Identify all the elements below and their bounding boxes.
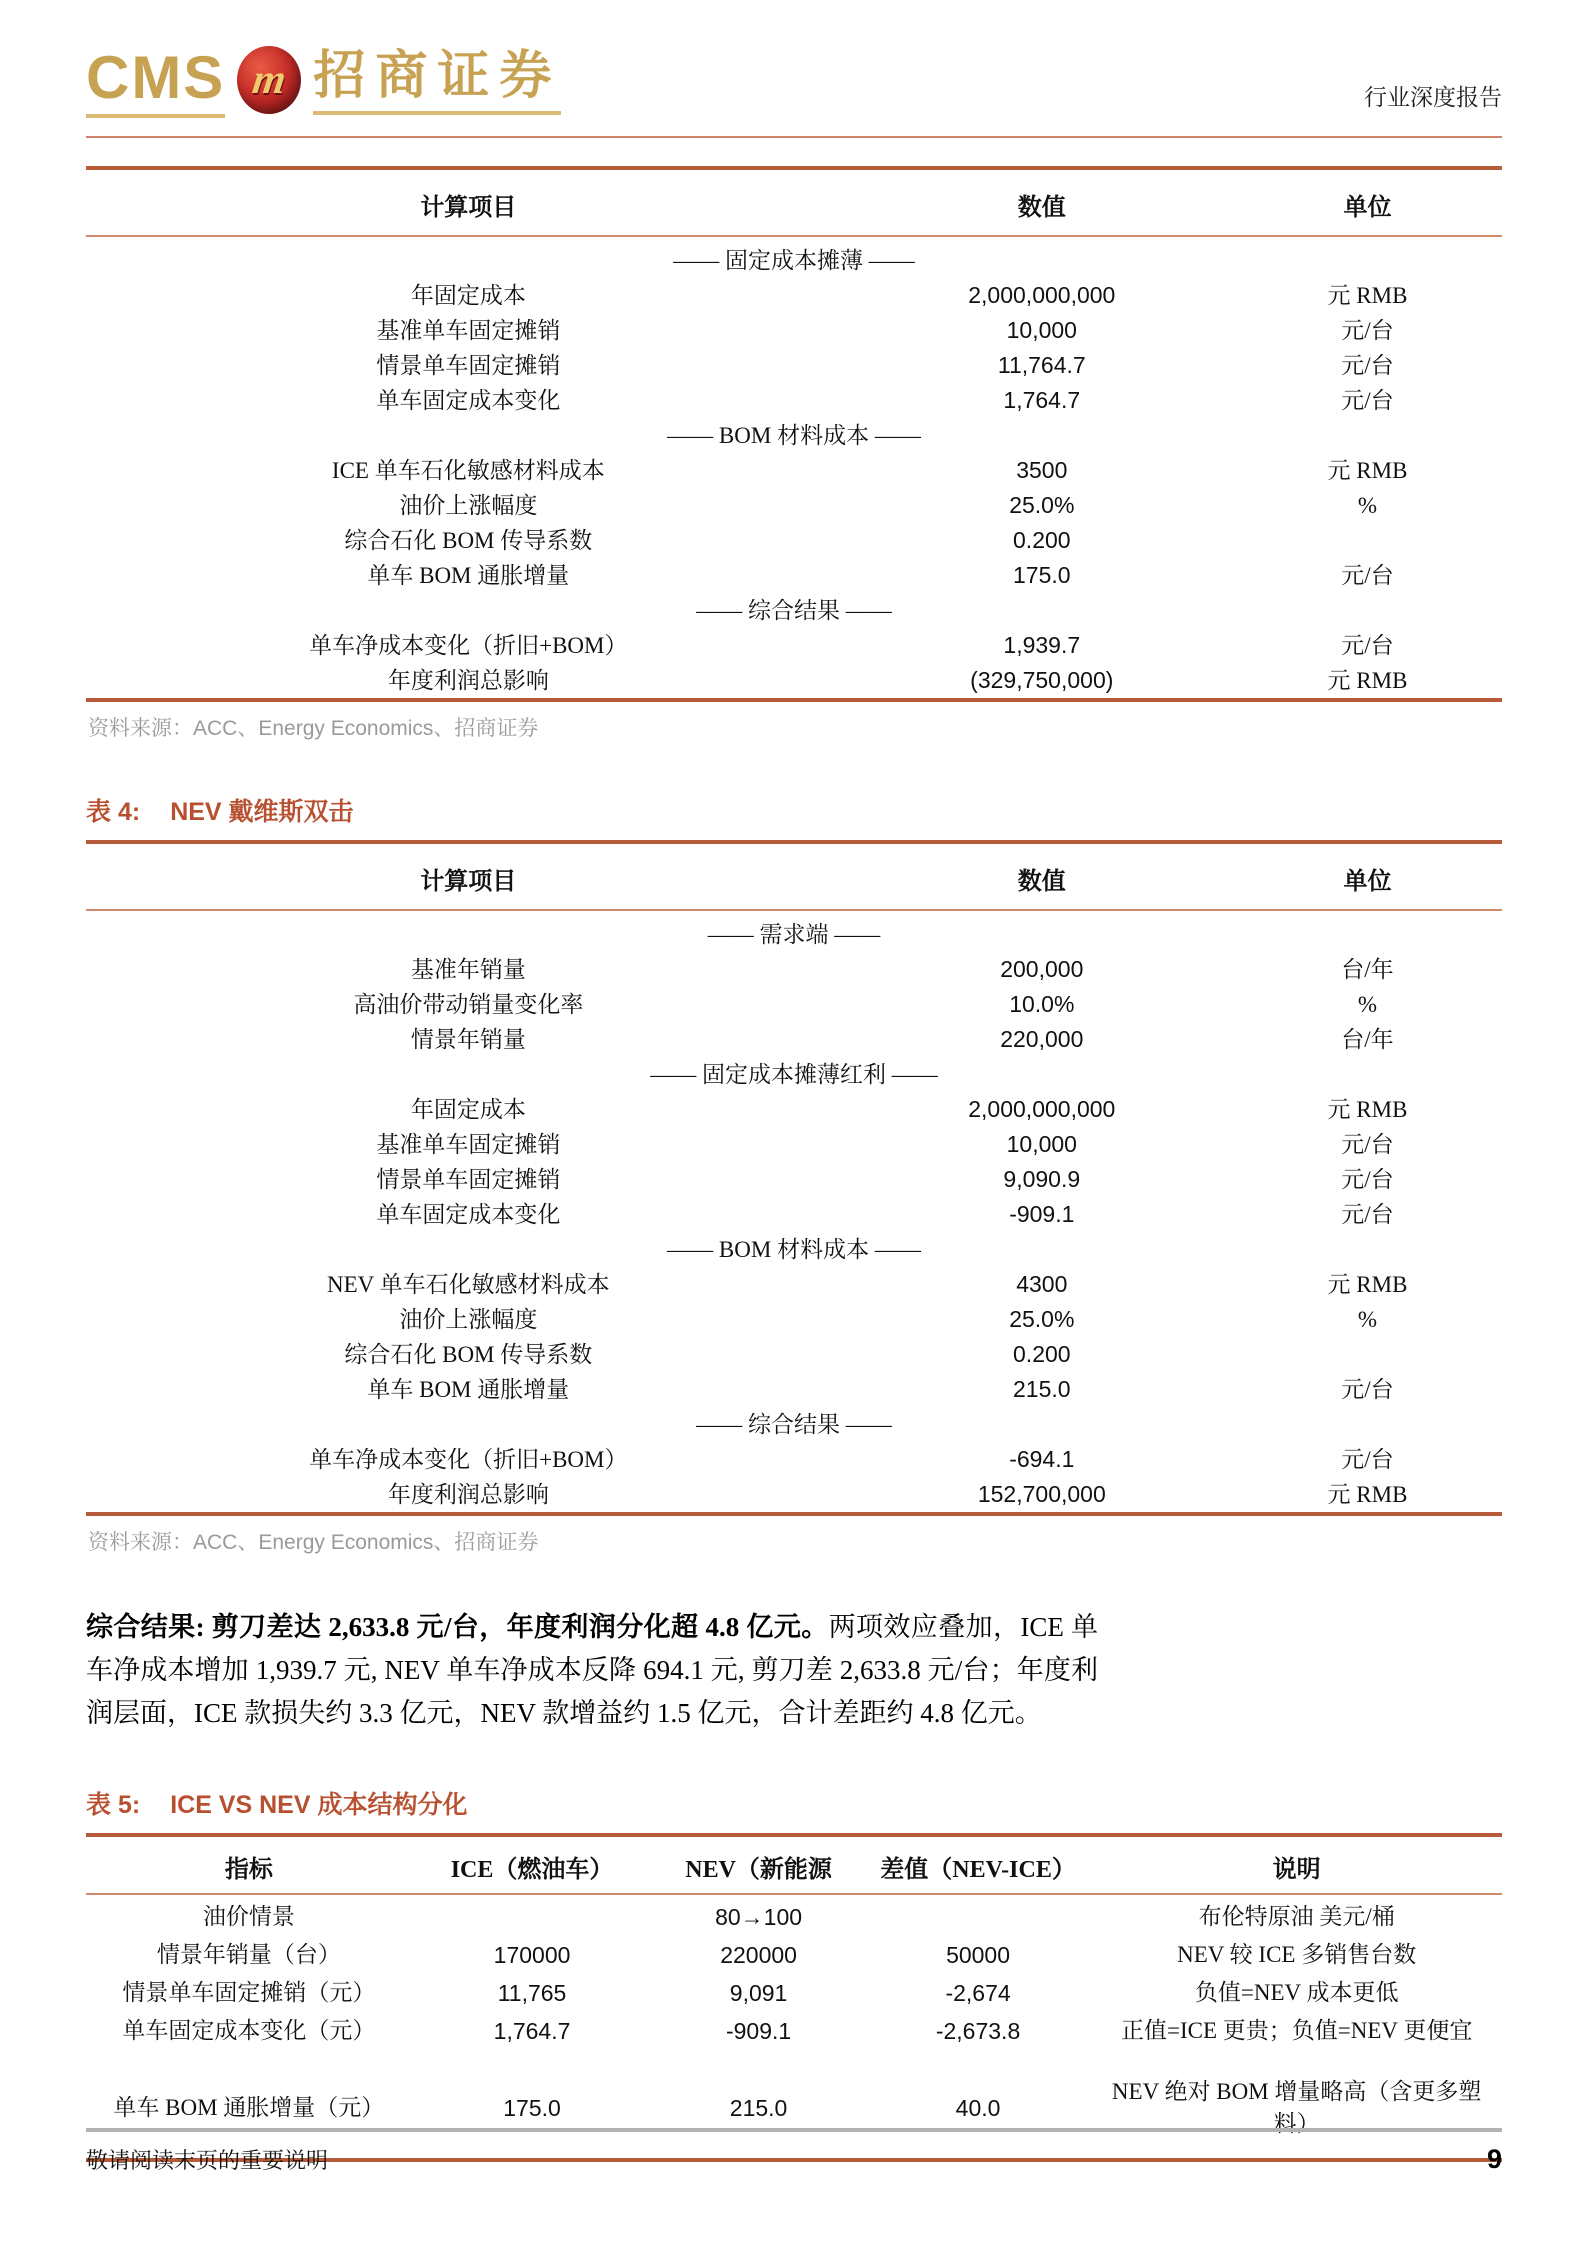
unit-cell: 元/台 xyxy=(1233,558,1502,593)
section-label: —— BOM 材料成本 —— xyxy=(86,418,1502,453)
item-cell: 单车 BOM 通胀增量 xyxy=(86,558,851,593)
table-row: 年固定成本2,000,000,000元 RMB xyxy=(86,278,1502,313)
table-row: 油价上涨幅度25.0%% xyxy=(86,488,1502,523)
unit-cell: 元/台 xyxy=(1233,383,1502,418)
table-row: 单车净成本变化（折旧+BOM）-694.1元/台 xyxy=(86,1442,1502,1477)
value-cell: -694.1 xyxy=(851,1442,1233,1477)
cms-logo: CMS m 招商证券 xyxy=(86,46,561,120)
indicator-cell: 情景年销量（台） xyxy=(86,1936,412,1974)
item-cell: 基准单车固定摊销 xyxy=(86,1127,851,1162)
ice-cell xyxy=(412,1894,653,1936)
column-header-indicator: 指标 xyxy=(86,1835,412,1894)
summary-lead: 综合结果: 剪刀差达 2,633.8 元/台，年度利润分化超 4.8 亿元。 xyxy=(86,1612,829,1642)
section-label: —— BOM 材料成本 —— xyxy=(86,1232,1502,1267)
value-cell: 3500 xyxy=(851,453,1233,488)
item-cell: 年固定成本 xyxy=(86,1092,851,1127)
cms-logo-badge-icon: m xyxy=(237,46,301,114)
table-row: 情景单车固定摊销9,090.9元/台 xyxy=(86,1162,1502,1197)
item-cell: 基准年销量 xyxy=(86,952,851,987)
table-row: 情景单车固定摊销11,764.7元/台 xyxy=(86,348,1502,383)
page-header: CMS m 招商证券 行业深度报告 xyxy=(86,0,1502,138)
table-row: 情景年销量（台） 170000 220000 50000 NEV 较 ICE 多… xyxy=(86,1936,1502,1974)
section-label: —— 综合结果 —— xyxy=(86,1407,1502,1442)
column-header-nev: NEV（新能源 xyxy=(652,1835,864,1894)
value-cell: 10,000 xyxy=(851,1127,1233,1162)
item-cell: 情景年销量 xyxy=(86,1022,851,1057)
item-cell: 年度利润总影响 xyxy=(86,1477,851,1514)
ice-cell: 170000 xyxy=(412,1936,653,1974)
table-row: ICE 单车石化敏感材料成本3500元 RMB xyxy=(86,453,1502,488)
unit-cell xyxy=(1233,523,1502,558)
section-row: —— BOM 材料成本 —— xyxy=(86,1232,1502,1267)
unit-cell: 台/年 xyxy=(1233,1022,1502,1057)
table-row: 年度利润总影响(329,750,000)元 RMB xyxy=(86,663,1502,700)
section-row: —— 综合结果 —— xyxy=(86,1407,1502,1442)
table-row: 油价上涨幅度25.0%% xyxy=(86,1302,1502,1337)
table-row: 单车固定成本变化-909.1元/台 xyxy=(86,1197,1502,1232)
column-header-unit: 单位 xyxy=(1233,842,1502,910)
table-source: 资料来源：ACC、Energy Economics、招商证券 xyxy=(86,702,1502,742)
section-label: —— 需求端 —— xyxy=(86,910,1502,952)
value-cell: 220,000 xyxy=(851,1022,1233,1057)
diff-cell: -2,674 xyxy=(865,1974,1092,2012)
unit-cell: 元 RMB xyxy=(1233,663,1502,700)
note-cell: 负值=NEV 成本更低 xyxy=(1091,1974,1502,2012)
table-ice-double-kill: 计算项目 数值 单位 —— 固定成本摊薄 —— 年固定成本2,000,000,0… xyxy=(86,166,1502,702)
table-row: 单车固定成本变化1,764.7元/台 xyxy=(86,383,1502,418)
value-cell: 175.0 xyxy=(851,558,1233,593)
column-header-unit: 单位 xyxy=(1233,168,1502,236)
note-cell: 正值=ICE 更贵；负值=NEV 更便宜 xyxy=(1091,2012,1502,2050)
column-header-ice: ICE（燃油车） xyxy=(412,1835,653,1894)
item-cell: ICE 单车石化敏感材料成本 xyxy=(86,453,851,488)
table-ice-vs-nev: 指标 ICE（燃油车） NEV（新能源 差值（NEV-ICE） 说明 油价情景 … xyxy=(86,1833,1502,2162)
cms-logo-m-glyph: m xyxy=(250,59,289,101)
unit-cell: 元 RMB xyxy=(1233,1092,1502,1127)
table-row: 综合石化 BOM 传导系数0.200 xyxy=(86,523,1502,558)
table4-caption: 表 4:NEV 戴维斯双击 xyxy=(86,792,1502,828)
item-cell: 年度利润总影响 xyxy=(86,663,851,700)
diff-cell: -2,673.8 xyxy=(865,2012,1092,2050)
table5-caption-number: 表 5: xyxy=(86,1791,140,1819)
table-source: 资料来源：ACC、Energy Economics、招商证券 xyxy=(86,1516,1502,1556)
diff-cell: 50000 xyxy=(865,1936,1092,1974)
value-cell: 10.0% xyxy=(851,987,1233,1022)
section-row: —— BOM 材料成本 —— xyxy=(86,418,1502,453)
value-cell: 11,764.7 xyxy=(851,348,1233,383)
unit-cell: 元 RMB xyxy=(1233,1267,1502,1302)
section-label: —— 固定成本摊薄 —— xyxy=(86,236,1502,278)
table-row: 基准单车固定摊销10,000元/台 xyxy=(86,313,1502,348)
value-cell: 215.0 xyxy=(851,1372,1233,1407)
section-label: —— 综合结果 —— xyxy=(86,593,1502,628)
unit-cell xyxy=(1233,1337,1502,1372)
column-header-value: 数值 xyxy=(851,168,1233,236)
table-row: 情景年销量220,000台/年 xyxy=(86,1022,1502,1057)
section-row: —— 固定成本摊薄红利 —— xyxy=(86,1057,1502,1092)
value-cell: 0.200 xyxy=(851,1337,1233,1372)
item-cell: 情景单车固定摊销 xyxy=(86,348,851,383)
section-row: —— 固定成本摊薄 —— xyxy=(86,236,1502,278)
unit-cell: 元/台 xyxy=(1233,313,1502,348)
unit-cell: 元/台 xyxy=(1233,628,1502,663)
unit-cell: 元 RMB xyxy=(1233,278,1502,313)
table-row: 单车净成本变化（折旧+BOM）1,939.7元/台 xyxy=(86,628,1502,663)
value-cell: 25.0% xyxy=(851,488,1233,523)
column-header-diff: 差值（NEV-ICE） xyxy=(865,1835,1092,1894)
item-cell: 油价上涨幅度 xyxy=(86,488,851,523)
nev-cell: 80→100 xyxy=(652,1894,864,1936)
unit-cell: 元/台 xyxy=(1233,348,1502,383)
value-cell: 1,764.7 xyxy=(851,383,1233,418)
table-row: 单车固定成本变化（元） 1,764.7 -909.1 -2,673.8 正值=I… xyxy=(86,2012,1502,2050)
unit-cell: 台/年 xyxy=(1233,952,1502,987)
item-cell: 情景单车固定摊销 xyxy=(86,1162,851,1197)
page-number: 9 xyxy=(1487,2144,1502,2175)
value-cell: 200,000 xyxy=(851,952,1233,987)
page-footer: 敬请阅读末页的重要说明 9 xyxy=(86,2128,1502,2175)
table-row: NEV 单车石化敏感材料成本4300元 RMB xyxy=(86,1267,1502,1302)
column-header-item: 计算项目 xyxy=(86,168,851,236)
value-cell: -909.1 xyxy=(851,1197,1233,1232)
item-cell: 单车净成本变化（折旧+BOM） xyxy=(86,628,851,663)
table5-caption: 表 5:ICE VS NEV 成本结构分化 xyxy=(86,1785,1502,1821)
value-cell: 0.200 xyxy=(851,523,1233,558)
diff-cell xyxy=(865,1894,1092,1936)
unit-cell: 元/台 xyxy=(1233,1127,1502,1162)
table-row: 单车 BOM 通胀增量175.0元/台 xyxy=(86,558,1502,593)
item-cell: NEV 单车石化敏感材料成本 xyxy=(86,1267,851,1302)
unit-cell: 元 RMB xyxy=(1233,453,1502,488)
unit-cell: 元/台 xyxy=(1233,1197,1502,1232)
ice-cell: 11,765 xyxy=(412,1974,653,2012)
item-cell: 基准单车固定摊销 xyxy=(86,313,851,348)
column-header-note: 说明 xyxy=(1091,1835,1502,1894)
indicator-cell: 油价情景 xyxy=(86,1894,412,1936)
value-cell: 4300 xyxy=(851,1267,1233,1302)
table-nev-davis-double: 计算项目 数值 单位 —— 需求端 —— 基准年销量200,000台/年 高油价… xyxy=(86,840,1502,1516)
value-cell: 152,700,000 xyxy=(851,1477,1233,1514)
table4-caption-text: NEV 戴维斯双击 xyxy=(170,798,353,826)
section-label: —— 固定成本摊薄红利 —— xyxy=(86,1057,1502,1092)
note-cell: 布伦特原油 美元/桶 xyxy=(1091,1894,1502,1936)
table5-caption-text: ICE VS NEV 成本结构分化 xyxy=(170,1791,467,1819)
item-cell: 高油价带动销量变化率 xyxy=(86,987,851,1022)
indicator-cell: 单车固定成本变化（元） xyxy=(86,2012,412,2050)
unit-cell: % xyxy=(1233,1302,1502,1337)
value-cell: 9,090.9 xyxy=(851,1162,1233,1197)
unit-cell: % xyxy=(1233,987,1502,1022)
table-row: 单车 BOM 通胀增量215.0元/台 xyxy=(86,1372,1502,1407)
value-cell: 2,000,000,000 xyxy=(851,1092,1233,1127)
unit-cell: 元/台 xyxy=(1233,1442,1502,1477)
item-cell: 年固定成本 xyxy=(86,278,851,313)
item-cell: 单车固定成本变化 xyxy=(86,1197,851,1232)
item-cell: 油价上涨幅度 xyxy=(86,1302,851,1337)
column-header-item: 计算项目 xyxy=(86,842,851,910)
table-row: 基准单车固定摊销10,000元/台 xyxy=(86,1127,1502,1162)
nev-cell: -909.1 xyxy=(652,2012,864,2050)
item-cell: 综合石化 BOM 传导系数 xyxy=(86,523,851,558)
unit-cell: % xyxy=(1233,488,1502,523)
unit-cell: 元/台 xyxy=(1233,1162,1502,1197)
table-row: 基准年销量200,000台/年 xyxy=(86,952,1502,987)
table-row: 年度利润总影响152,700,000元 RMB xyxy=(86,1477,1502,1514)
page-content: CMS m 招商证券 行业深度报告 计算项目 数值 单位 —— 固定成本摊薄 —… xyxy=(86,0,1502,2162)
nev-cell: 220000 xyxy=(652,1936,864,1974)
section-row: —— 需求端 —— xyxy=(86,910,1502,952)
item-cell: 单车 BOM 通胀增量 xyxy=(86,1372,851,1407)
nev-cell: 9,091 xyxy=(652,1974,864,2012)
ice-cell: 1,764.7 xyxy=(412,2012,653,2050)
value-cell: 25.0% xyxy=(851,1302,1233,1337)
table-header-row: 计算项目 数值 单位 xyxy=(86,842,1502,910)
indicator-cell: 情景单车固定摊销（元） xyxy=(86,1974,412,2012)
table-header-row: 计算项目 数值 单位 xyxy=(86,168,1502,236)
footer-disclaimer: 敬请阅读末页的重要说明 xyxy=(86,2144,328,2175)
value-cell: 1,939.7 xyxy=(851,628,1233,663)
table-row: 油价情景 80→100 布伦特原油 美元/桶 xyxy=(86,1894,1502,1936)
table-header-row: 指标 ICE（燃油车） NEV（新能源 差值（NEV-ICE） 说明 xyxy=(86,1835,1502,1894)
cms-logo-chinese: 招商证券 xyxy=(313,51,561,115)
unit-cell: 元/台 xyxy=(1233,1372,1502,1407)
report-type-label: 行业深度报告 xyxy=(1364,79,1502,112)
note-cell: NEV 较 ICE 多销售台数 xyxy=(1091,1936,1502,1974)
report-page: CMS m 招商证券 行业深度报告 计算项目 数值 单位 —— 固定成本摊薄 —… xyxy=(0,0,1588,2245)
table4-caption-number: 表 4: xyxy=(86,798,140,826)
table-row: 高油价带动销量变化率10.0%% xyxy=(86,987,1502,1022)
table-row: 情景单车固定摊销（元） 11,765 9,091 -2,674 负值=NEV 成… xyxy=(86,1974,1502,2012)
unit-cell: 元 RMB xyxy=(1233,1477,1502,1514)
value-cell: 2,000,000,000 xyxy=(851,278,1233,313)
value-cell: 10,000 xyxy=(851,313,1233,348)
section-row: —— 综合结果 —— xyxy=(86,593,1502,628)
summary-paragraph: 综合结果: 剪刀差达 2,633.8 元/台，年度利润分化超 4.8 亿元。两项… xyxy=(86,1606,1098,1735)
value-cell: (329,750,000) xyxy=(851,663,1233,700)
item-cell: 单车净成本变化（折旧+BOM） xyxy=(86,1442,851,1477)
item-cell: 单车固定成本变化 xyxy=(86,383,851,418)
table-row: 年固定成本2,000,000,000元 RMB xyxy=(86,1092,1502,1127)
item-cell: 综合石化 BOM 传导系数 xyxy=(86,1337,851,1372)
table-row: 综合石化 BOM 传导系数0.200 xyxy=(86,1337,1502,1372)
cms-logo-text: CMS xyxy=(86,48,225,118)
column-header-value: 数值 xyxy=(851,842,1233,910)
